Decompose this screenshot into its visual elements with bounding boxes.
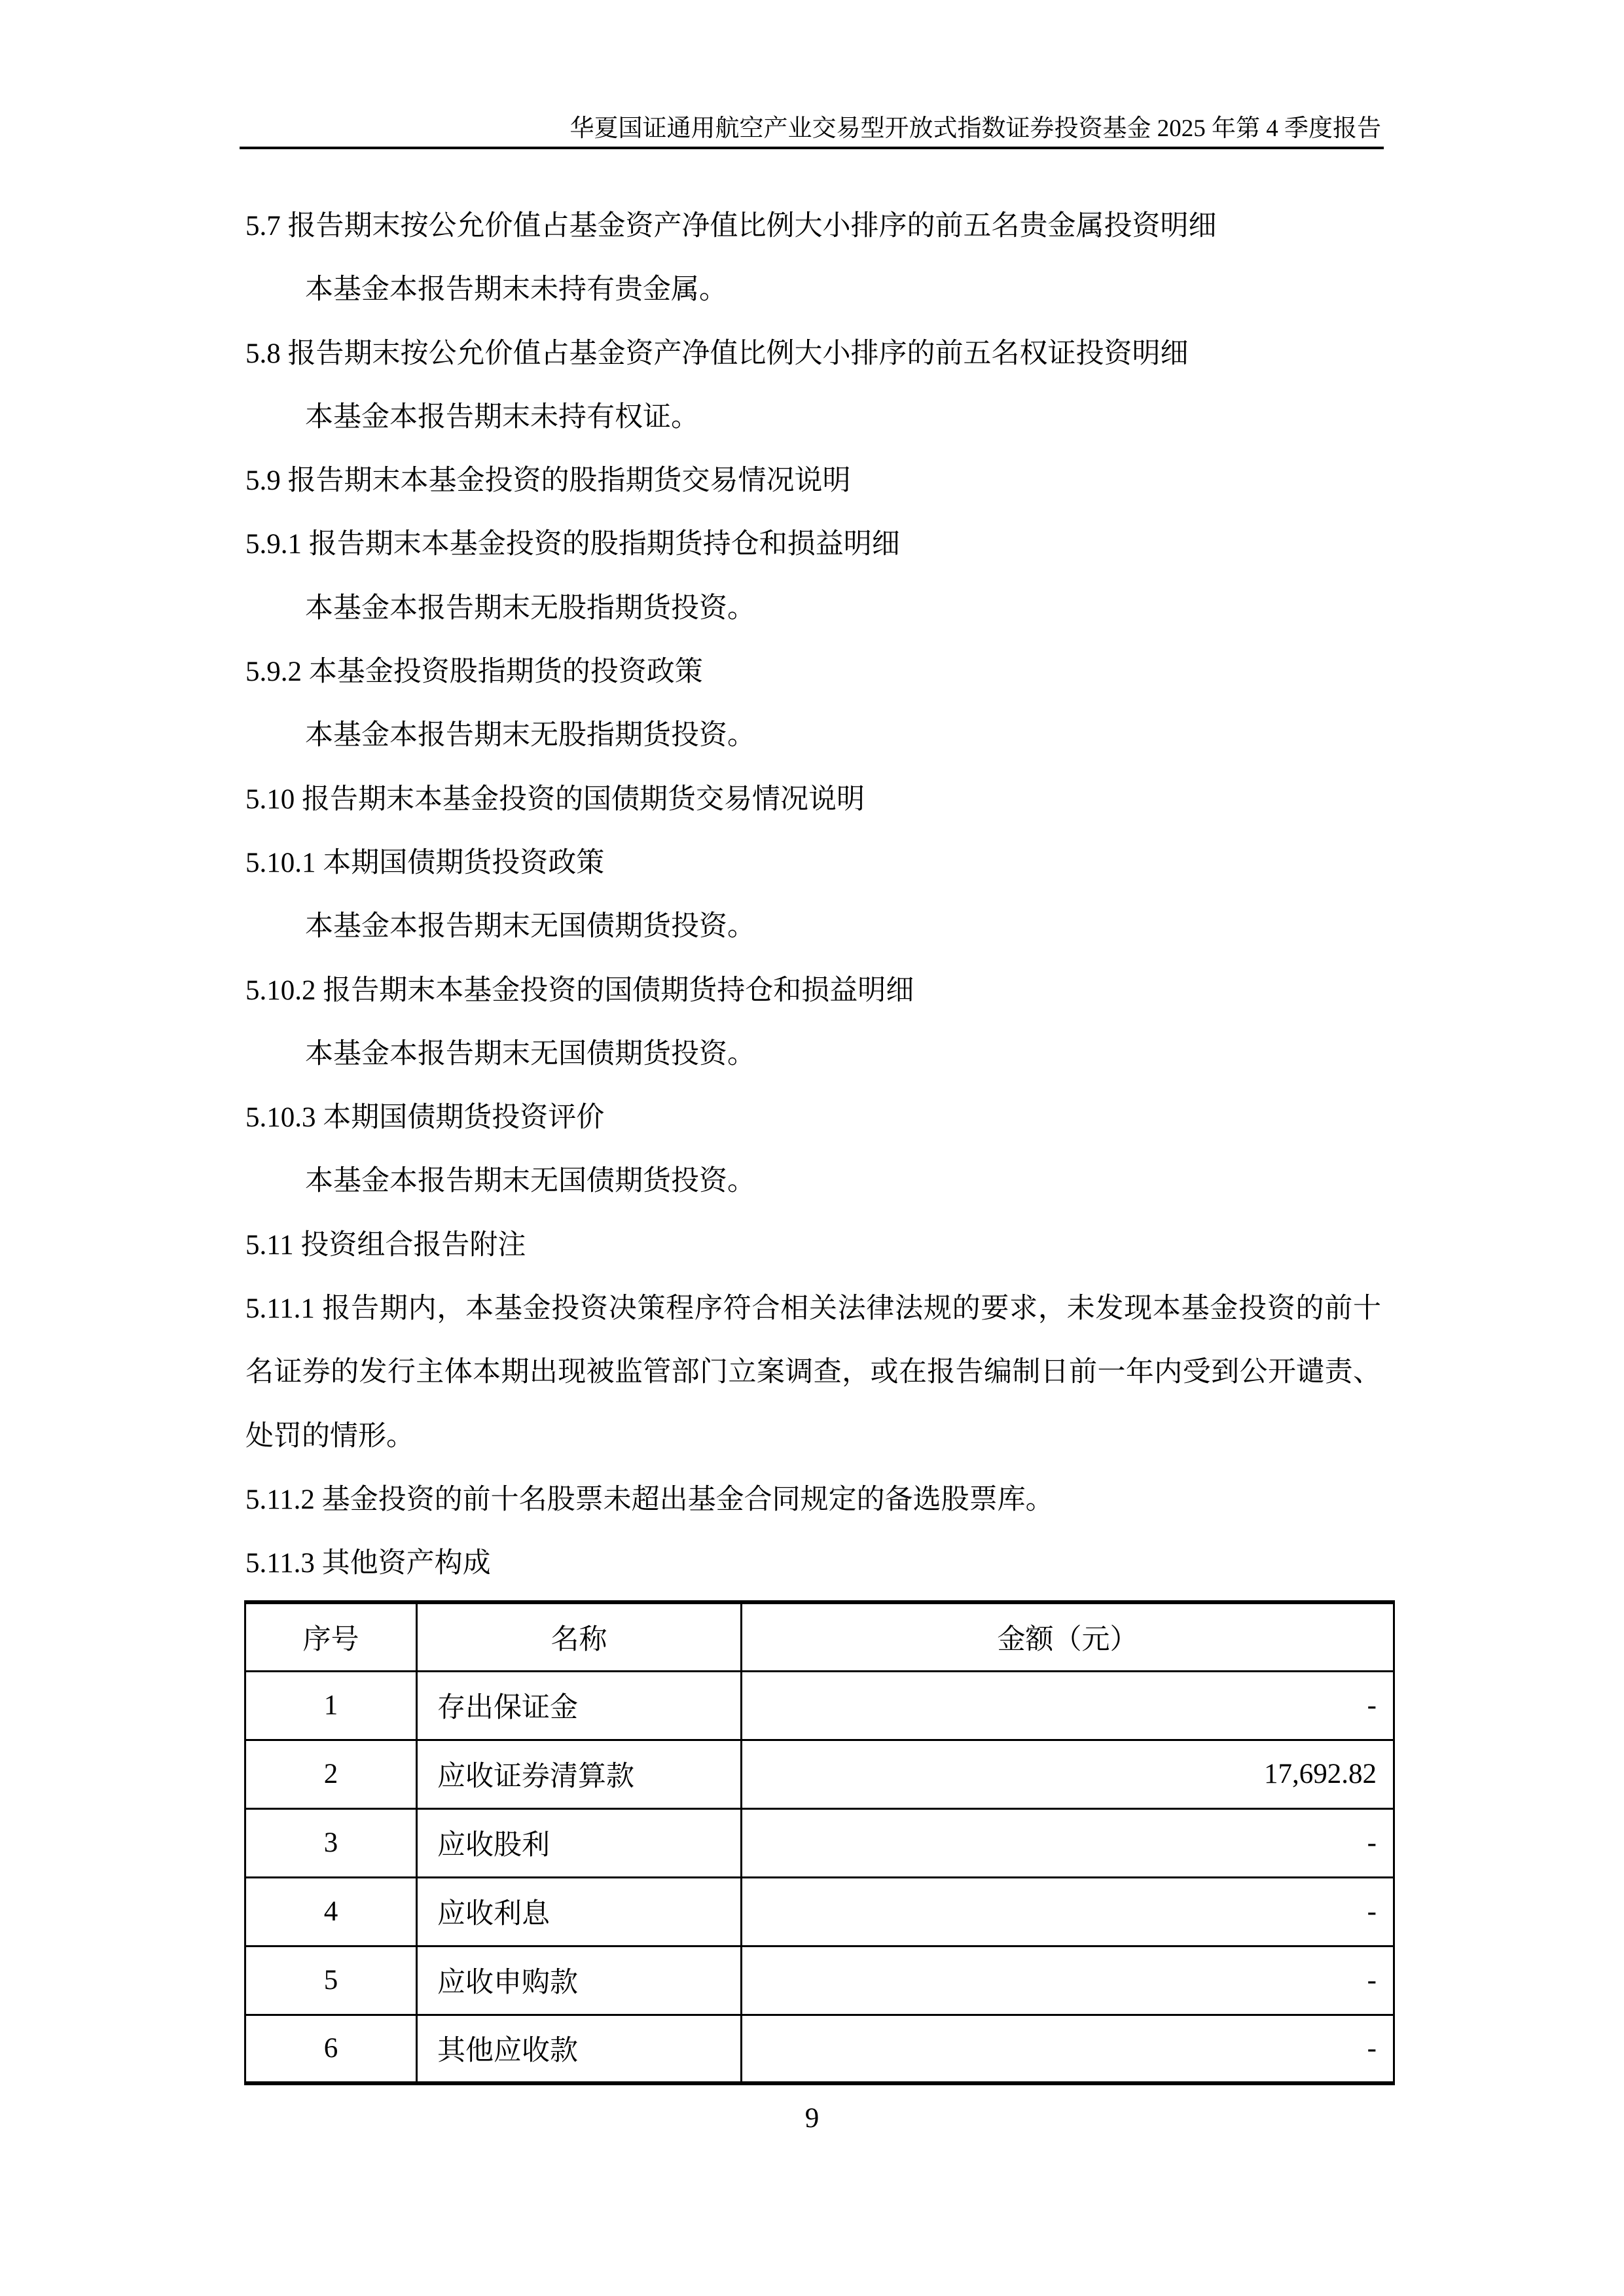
section-heading-5-11-2: 5.11.2 基金投资的前十名股票未超出基金合同规定的备选股票库。 (245, 1468, 1381, 1532)
section-heading-5-9: 5.9 报告期末本基金投资的股指期货交易情况说明 (245, 449, 1381, 512)
section-heading-5-9-1: 5.9.1 报告期末本基金投资的股指期货持仓和损益明细 (245, 512, 1381, 576)
header-divider (240, 147, 1384, 149)
body-paragraph: 本基金本报告期末无国债期货投资。 (245, 895, 1381, 958)
section-heading-5-11: 5.11 投资组合报告附注 (245, 1213, 1381, 1277)
cell-serial: 1 (245, 1671, 417, 1740)
report-page: 华夏国证通用航空产业交易型开放式指数证券投资基金 2025 年第 4 季度报告 … (0, 0, 1624, 2296)
body-paragraph-line: 名证券的发行主体本期出现被监管部门立案调查，或在报告编制日前一年内受到公开谴责、 (245, 1340, 1381, 1404)
table-row: 6 其他应收款 - (245, 2015, 1394, 2083)
section-heading-5-7: 5.7 报告期末按公允价值占基金资产净值比例大小排序的前五名贵金属投资明细 (245, 194, 1381, 258)
column-header-serial: 序号 (245, 1602, 417, 1671)
cell-serial: 5 (245, 1946, 417, 2015)
table-row: 1 存出保证金 - (245, 1671, 1394, 1740)
cell-amount: - (742, 2015, 1394, 2083)
table-header-row: 序号 名称 金额（元） (245, 1602, 1394, 1671)
cell-amount: - (742, 1671, 1394, 1740)
cell-amount: - (742, 1808, 1394, 1877)
cell-name: 应收申购款 (417, 1946, 742, 2015)
table-row: 5 应收申购款 - (245, 1946, 1394, 2015)
cell-name: 应收利息 (417, 1877, 742, 1946)
section-heading-5-8: 5.8 报告期末按公允价值占基金资产净值比例大小排序的前五名权证投资明细 (245, 322, 1381, 386)
report-body: 5.7 报告期末按公允价值占基金资产净值比例大小排序的前五名贵金属投资明细 本基… (245, 194, 1381, 1596)
body-paragraph: 本基金本报告期末无国债期货投资。 (245, 1022, 1381, 1086)
cell-name: 应收证券清算款 (417, 1740, 742, 1808)
column-header-amount: 金额（元） (742, 1602, 1394, 1671)
cell-serial: 2 (245, 1740, 417, 1808)
body-paragraph: 本基金本报告期末无股指期货投资。 (245, 704, 1381, 767)
section-heading-5-10-1: 5.10.1 本期国债期货投资政策 (245, 831, 1381, 895)
cell-serial: 4 (245, 1877, 417, 1946)
cell-name: 存出保证金 (417, 1671, 742, 1740)
body-paragraph-line: 5.11.1 报告期内，本基金投资决策程序符合相关法律法规的要求，未发现本基金投… (245, 1277, 1381, 1340)
other-assets-table: 序号 名称 金额（元） 1 存出保证金 - 2 应收证券清算款 17,692.8… (244, 1600, 1395, 2085)
body-paragraph: 本基金本报告期末未持有贵金属。 (245, 258, 1381, 321)
cell-amount: 17,692.82 (742, 1740, 1394, 1808)
section-heading-5-9-2: 5.9.2 本基金投资股指期货的投资政策 (245, 640, 1381, 704)
section-heading-5-11-3: 5.11.3 其他资产构成 (245, 1532, 1381, 1595)
page-header: 华夏国证通用航空产业交易型开放式指数证券投资基金 2025 年第 4 季度报告 (245, 114, 1381, 144)
cell-serial: 6 (245, 2015, 417, 2083)
cell-name: 应收股利 (417, 1808, 742, 1877)
body-paragraph: 本基金本报告期末无股指期货投资。 (245, 577, 1381, 640)
section-heading-5-10-3: 5.10.3 本期国债期货投资评价 (245, 1086, 1381, 1149)
cell-serial: 3 (245, 1808, 417, 1877)
table-row: 3 应收股利 - (245, 1808, 1394, 1877)
cell-amount: - (742, 1877, 1394, 1946)
cell-name: 其他应收款 (417, 2015, 742, 2083)
section-heading-5-10: 5.10 报告期末本基金投资的国债期货交易情况说明 (245, 768, 1381, 831)
body-paragraph: 本基金本报告期末未持有权证。 (245, 386, 1381, 449)
cell-amount: - (742, 1946, 1394, 2015)
table-row: 2 应收证券清算款 17,692.82 (245, 1740, 1394, 1808)
header-title: 华夏国证通用航空产业交易型开放式指数证券投资基金 2025 年第 4 季度报告 (570, 115, 1382, 142)
column-header-name: 名称 (417, 1602, 742, 1671)
body-paragraph: 本基金本报告期末无国债期货投资。 (245, 1149, 1381, 1213)
table-row: 4 应收利息 - (245, 1877, 1394, 1946)
section-heading-5-10-2: 5.10.2 报告期末本基金投资的国债期货持仓和损益明细 (245, 959, 1381, 1022)
page-number: 9 (0, 2099, 1624, 2138)
body-paragraph-line: 处罚的情形。 (245, 1405, 1381, 1468)
